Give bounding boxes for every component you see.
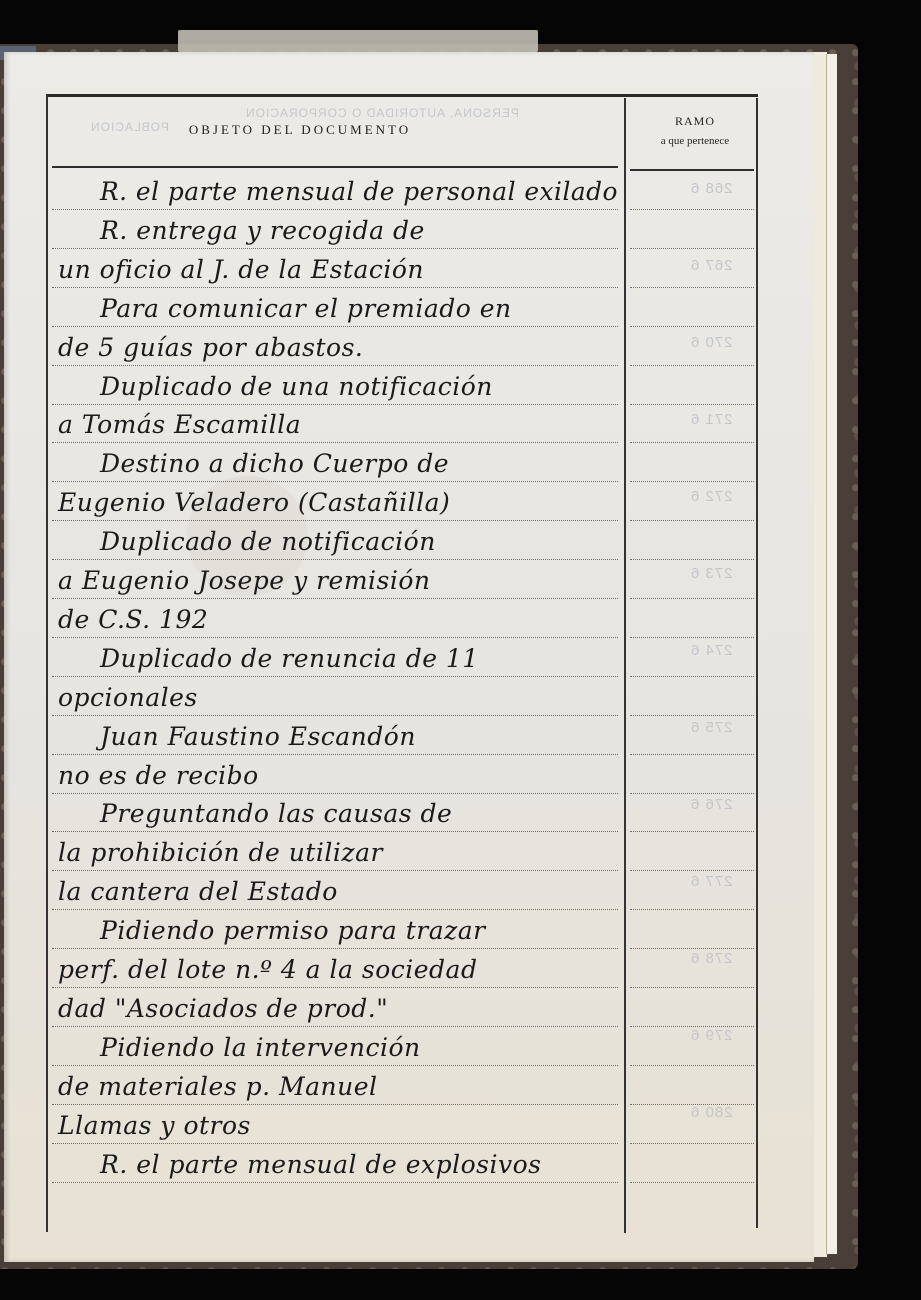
ruled-line	[630, 987, 754, 988]
ruled-line	[52, 637, 618, 638]
ruled-line	[630, 1065, 754, 1066]
show-through-number: 279 6	[690, 1027, 733, 1044]
ruled-line	[630, 870, 754, 871]
entry-first-line: Duplicado de una notificación	[100, 372, 493, 401]
entry-continuation-line: un oficio al J. de la Estación	[58, 255, 424, 284]
ruled-line	[630, 404, 754, 405]
ruled-line	[630, 559, 754, 560]
ruled-line	[52, 520, 618, 521]
page-stack-edge	[812, 52, 827, 1257]
column-header-objeto: OBJETO DEL DOCUMENTO	[110, 122, 490, 138]
ruled-line	[630, 248, 754, 249]
ruled-line	[52, 559, 618, 560]
ruled-line	[630, 676, 754, 677]
ruled-line	[52, 1104, 618, 1105]
ruled-line	[52, 987, 618, 988]
entry-continuation-line: a Eugenio Josepe y remisión	[58, 566, 431, 595]
entry-first-line: Juan Faustino Escandón	[100, 722, 416, 751]
entry-first-line: R. el parte mensual de personal exilado	[100, 177, 618, 206]
ruled-line	[630, 326, 754, 327]
entry-continuation-line: de materiales p. Manuel	[58, 1072, 378, 1101]
entry-first-line: Pidiendo la intervención	[100, 1033, 421, 1062]
entry-first-line: Pidiendo permiso para trazar	[100, 916, 486, 945]
ruled-line	[52, 365, 618, 366]
table-right-border	[756, 98, 758, 1228]
ruled-line	[630, 598, 754, 599]
ruled-line	[630, 909, 754, 910]
show-through-number: 274 6	[690, 642, 733, 659]
ruled-line	[630, 209, 754, 210]
ruled-line	[52, 870, 618, 871]
entry-continuation-line: no es de recibo	[58, 761, 259, 790]
show-through-number: 267 6	[690, 257, 733, 274]
table-left-border	[46, 96, 48, 1232]
entry-continuation-line: la prohibición de utilizar	[58, 838, 383, 867]
entry-first-line: Preguntando las causas de	[100, 799, 452, 828]
entry-continuation-line: dad "Asociados de prod."	[58, 994, 388, 1023]
ruled-line	[630, 793, 754, 794]
ruled-line	[52, 442, 618, 443]
page-stack-edge	[826, 54, 837, 1254]
ruled-line	[52, 209, 618, 210]
ruled-line	[630, 637, 754, 638]
ramo-title: RAMO	[640, 114, 750, 129]
entry-first-line: Duplicado de notificación	[100, 527, 436, 556]
show-through-number: 273 6	[690, 565, 733, 582]
entry-first-line: Para comunicar el premiado en	[100, 294, 512, 323]
ruled-line	[630, 365, 754, 366]
entry-first-line: Destino a dicho Cuerpo de	[100, 449, 449, 478]
show-through-number: 268 6	[690, 180, 733, 197]
show-through-number: 270 6	[690, 334, 733, 351]
show-through-number: 278 6	[690, 950, 733, 967]
entry-first-line: Duplicado de renuncia de 11	[100, 644, 479, 673]
ruled-line	[630, 481, 754, 482]
repair-tape	[178, 30, 538, 52]
header-rule	[52, 166, 618, 168]
show-through-number: 276 6	[690, 796, 733, 813]
ruled-line	[52, 481, 618, 482]
ruled-line	[52, 676, 618, 677]
entry-first-line: R. el parte mensual de explosivos	[100, 1150, 542, 1179]
ruled-line	[52, 754, 618, 755]
show-through-text: PERSONA, AUTORIDAD O CORPORACION	[245, 106, 519, 120]
table-top-border	[46, 94, 758, 97]
ruled-line	[52, 248, 618, 249]
show-through-number: 280 6	[690, 1104, 733, 1121]
ruled-line	[52, 1182, 618, 1183]
ruled-line	[630, 715, 754, 716]
entry-continuation-line: de 5 guías por abastos.	[58, 333, 363, 362]
ruled-line	[630, 754, 754, 755]
column-divider	[624, 98, 626, 1233]
ramo-subtitle: a que pertenece	[640, 135, 750, 147]
ruled-line	[52, 598, 618, 599]
show-through-number: 272 6	[690, 488, 733, 505]
entry-continuation-line: perf. del lote n.º 4 a la sociedad	[58, 955, 477, 984]
ruled-line	[52, 326, 618, 327]
ruled-line	[52, 1026, 618, 1027]
ruled-line	[52, 793, 618, 794]
entry-continuation-line: a Tomás Escamilla	[58, 410, 301, 439]
ruled-line	[630, 442, 754, 443]
ruled-line	[630, 948, 754, 949]
ruled-line	[630, 1143, 754, 1144]
column-header-ramo: RAMO a que pertenece	[640, 114, 750, 147]
ruled-line	[630, 1182, 754, 1183]
ruled-line	[52, 831, 618, 832]
ruled-line	[52, 909, 618, 910]
ruled-line	[52, 287, 618, 288]
entry-continuation-line: opcionales	[58, 683, 198, 712]
ruled-line	[52, 715, 618, 716]
entry-continuation-line: la cantera del Estado	[58, 877, 338, 906]
ruled-line	[52, 1065, 618, 1066]
ruled-line	[52, 1143, 618, 1144]
ruled-line	[630, 831, 754, 832]
entry-first-line: R. entrega y recogida de	[100, 216, 425, 245]
ruled-line	[52, 948, 618, 949]
ruled-line	[630, 287, 754, 288]
ruled-line	[630, 520, 754, 521]
show-through-number: 271 6	[690, 411, 733, 428]
show-through-number: 277 6	[690, 873, 733, 890]
entry-continuation-line: Eugenio Veladero (Castañilla)	[58, 488, 450, 517]
ruled-line	[52, 404, 618, 405]
show-through-number: 275 6	[690, 719, 733, 736]
header-rule	[630, 169, 754, 171]
entry-continuation-line: Llamas y otros	[58, 1111, 251, 1140]
entry-continuation-line: de C.S. 192	[58, 605, 208, 634]
